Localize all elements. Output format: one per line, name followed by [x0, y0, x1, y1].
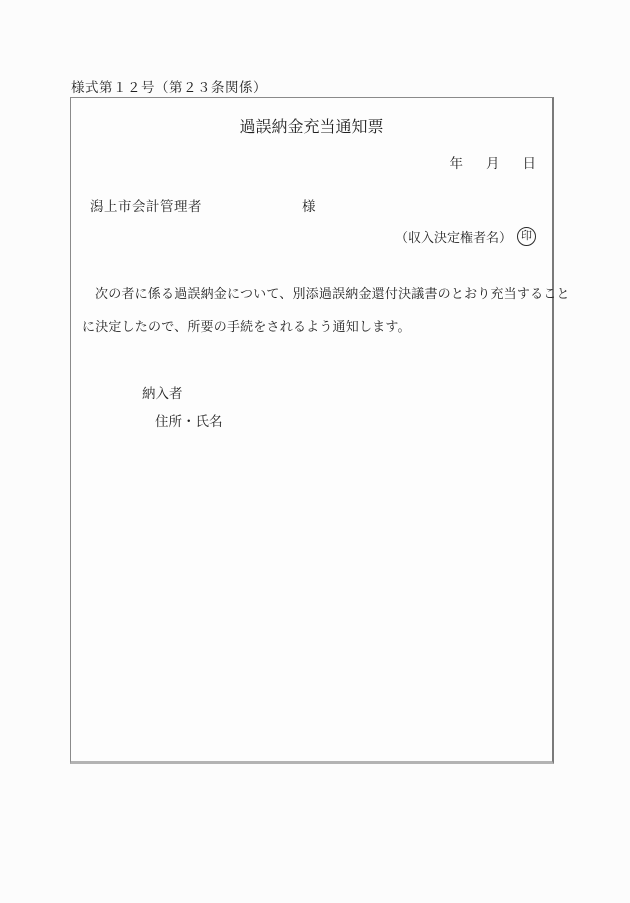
body-paragraph-line-1: 次の者に係る過誤納金について、別添過誤納金還付決議書のとおり充当すること — [82, 283, 541, 302]
document-border-box: 過誤納金充当通知票 年 月 日 潟上市会計管理者 様 （収入決定権者名） 印 次… — [70, 97, 554, 764]
payer-address-name-label: 住所・氏名 — [155, 410, 223, 430]
addressee-name: 潟上市会計管理者 — [90, 195, 202, 215]
month-label: 月 — [486, 152, 500, 172]
body-paragraph-line-2: に決定したので、所要の手続をされるよう通知します。 — [82, 316, 541, 335]
issuer-label: （収入決定権者名） — [395, 227, 512, 246]
day-label: 日 — [523, 152, 537, 172]
date-line: 年 月 日 — [450, 152, 537, 172]
payer-label: 納入者 — [142, 382, 183, 402]
form-number-label: 様式第１２号（第２３条関係） — [71, 76, 267, 96]
seal-stamp-icon: 印 — [517, 227, 536, 246]
issuer-line: （収入決定権者名） 印 — [395, 227, 536, 246]
document-title: 過誤納金充当通知票 — [71, 114, 552, 137]
year-label: 年 — [450, 152, 464, 172]
addressee-honorific: 様 — [302, 195, 316, 215]
